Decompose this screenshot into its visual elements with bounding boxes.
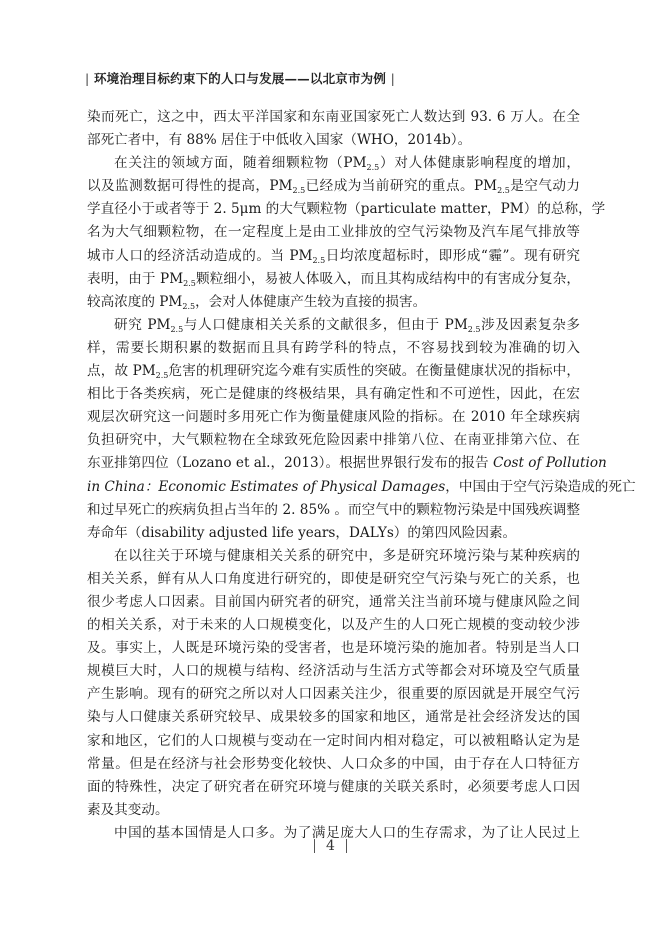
text-line: 相关关系，鲜有从人口角度进行研究的，即使是研究空气污染与死亡的关系，也 bbox=[87, 568, 580, 591]
text-line: 观层次研究这一问题时多用死亡作为衡量健康风险的指标。在 2010 年全球疾病 bbox=[87, 406, 580, 429]
text-line: 相比于各类疾病，死亡是健康的终极结果，具有确定性和不可逆性，因此，在宏 bbox=[87, 383, 580, 406]
subscript: 2.5 bbox=[170, 325, 183, 334]
text-line: 名为大气细颗粒物，在一定程度上是由工业排放的空气污染物及汽车尾气排放等 bbox=[87, 221, 580, 244]
page-number: 4 bbox=[326, 838, 335, 854]
subscript: 2.5 bbox=[156, 371, 169, 380]
text-line: 染与人口健康关系研究较早、成果较多的国家和地区，通常是社会经济发达的国 bbox=[87, 706, 580, 729]
page-number-left-bar bbox=[314, 839, 315, 853]
text-run: 东亚排第四位（Lozano et al.，2013）。根据世界银行发布的报告 bbox=[87, 455, 493, 471]
header-right-bar: | bbox=[391, 71, 395, 86]
text-line: 点，故 PM2.5危害的机理研究迄今难有实质性的突破。在衡量健康状况的指标中， bbox=[87, 360, 580, 383]
text-run: 已经成为当前研究的重点。PM bbox=[305, 178, 497, 194]
text-run: 危害的机理研究迄今难有实质性的突破。在衡量健康状况的指标中， bbox=[168, 363, 580, 379]
text-line: 及。事实上，人既是环境污染的受害者，也是环境污染的施加者。特别是当人口 bbox=[87, 637, 580, 660]
report-title-italic: Cost of Pollution bbox=[493, 455, 607, 471]
subscript: 2.5 bbox=[312, 256, 325, 265]
text-run: 是空气动力 bbox=[510, 178, 580, 194]
subscript: 2.5 bbox=[292, 186, 305, 195]
text-line: 染而死亡，这之中，西太平洋国家和东南亚国家死亡人数达到 93. 6 万人。在全 bbox=[87, 106, 580, 129]
body-text: 染而死亡，这之中，西太平洋国家和东南亚国家死亡人数达到 93. 6 万人。在全 … bbox=[87, 106, 580, 845]
text-line: 寿命年（disability adjusted life years，DALYs… bbox=[87, 522, 580, 545]
subscript: 2.5 bbox=[182, 302, 195, 311]
page-number-footer: 4 bbox=[0, 838, 661, 854]
text-line: 学直径小于或者等于 2. 5μm 的大气颗粒物（particulate matt… bbox=[87, 198, 580, 221]
text-line: 素及其变动。 bbox=[87, 799, 580, 822]
subscript: 2.5 bbox=[367, 163, 380, 172]
page-number-right-bar bbox=[346, 839, 347, 853]
report-title-italic: in China：Economic Estimates of Physical … bbox=[87, 479, 445, 495]
text-run: ，中国由于空气污染造成的死亡 bbox=[445, 479, 635, 495]
text-run: 表明，由于 PM bbox=[87, 271, 183, 287]
text-run: 城市人口的经济活动造成的。当 PM bbox=[87, 248, 312, 264]
subscript: 2.5 bbox=[183, 279, 196, 288]
text-run: 点，故 PM bbox=[87, 363, 156, 379]
text-line: 很少考虑人口因素。目前国内研究者的研究，通常关注当前环境与健康风险之间 bbox=[87, 591, 580, 614]
text-run: 日均浓度超标时，即形成“霾”。现有研究 bbox=[325, 248, 580, 264]
text-run: 颗粒细小，易被人体吸入，而且其构成结构中的有害成分复杂， bbox=[196, 271, 580, 287]
text-line: 和过早死亡的疾病负担占当年的 2. 85% 。而空气中的颗粒物污染是中国残疾调整 bbox=[87, 499, 580, 522]
text-line: 较高浓度的 PM2.5，会对人体健康产生较为直接的损害。 bbox=[87, 291, 580, 314]
text-line: 规模巨大时，人口的规模与结构、经济活动与生活方式等都会对环境及空气质量 bbox=[87, 660, 580, 683]
text-line: 部死亡者中，有 88% 居住于中低收入国家（WHO，2014b）。 bbox=[87, 129, 580, 152]
text-run: 较高浓度的 PM bbox=[87, 294, 182, 310]
text-line: 以及监测数据可得性的提高，PM2.5已经成为当前研究的重点。PM2.5是空气动力 bbox=[87, 175, 580, 198]
text-line: 常量。但是在经济与社会形势变化较快、人口众多的中国，由于存在人口特征方 bbox=[87, 753, 580, 776]
text-line: 样，需要长期积累的数据而且具有跨学科的特点，不容易找到较为准确的切入 bbox=[87, 337, 580, 360]
text-run: 涉及因素复杂多 bbox=[480, 317, 580, 333]
header-left-bar: | bbox=[85, 71, 89, 86]
text-line: 城市人口的经济活动造成的。当 PM2.5日均浓度超标时，即形成“霾”。现有研究 bbox=[87, 245, 580, 268]
paragraph-start: 研究 PM2.5与人口健康相关关系的文献很多，但由于 PM2.5涉及因素复杂多 bbox=[87, 314, 580, 337]
text-run: ，会对人体健康产生较为直接的损害。 bbox=[195, 294, 426, 310]
text-run: 研究 PM bbox=[114, 317, 170, 333]
header-title: 环境治理目标约束下的人口与发展——以北京市为例 bbox=[94, 71, 386, 86]
text-run: ）对人体健康影响程度的增加， bbox=[379, 155, 580, 171]
paragraph-start: 在关注的领域方面，随着细颗粒物（PM2.5）对人体健康影响程度的增加， bbox=[87, 152, 580, 175]
subscript: 2.5 bbox=[497, 186, 510, 195]
text-run: 以及监测数据可得性的提高，PM bbox=[87, 178, 292, 194]
text-line: 负担研究中，大气颗粒物在全球致死危险因素中排第八位、在南亚排第六位、在 bbox=[87, 429, 580, 452]
paragraph-start: 在以往关于环境与健康相关关系的研究中，多是研究环境污染与某种疾病的 bbox=[87, 545, 580, 568]
text-run: 与人口健康相关关系的文献很多，但由于 PM bbox=[183, 317, 468, 333]
text-line: 面的特殊性，决定了研究者在研究环境与健康的关联关系时，必须要考虑人口因 bbox=[87, 776, 580, 799]
subscript: 2.5 bbox=[468, 325, 481, 334]
text-run: 在关注的领域方面，随着细颗粒物（PM bbox=[114, 155, 367, 171]
running-header: | 环境治理目标约束下的人口与发展——以北京市为例 | bbox=[85, 69, 395, 87]
text-line: 家和地区，它们的人口规模与变动在一定时间内相对稳定，可以被粗略认定为是 bbox=[87, 730, 580, 753]
text-line: 东亚排第四位（Lozano et al.，2013）。根据世界银行发布的报告 C… bbox=[87, 452, 580, 475]
text-line: in China：Economic Estimates of Physical … bbox=[87, 476, 580, 499]
text-line: 的相关关系，对于未来的人口规模变化，以及产生的人口死亡规模的变动较少涉 bbox=[87, 614, 580, 637]
text-line: 产生影响。现有的研究之所以对人口因素关注少，很重要的原因就是开展空气污 bbox=[87, 683, 580, 706]
text-line: 表明，由于 PM2.5颗粒细小，易被人体吸入，而且其构成结构中的有害成分复杂， bbox=[87, 268, 580, 291]
